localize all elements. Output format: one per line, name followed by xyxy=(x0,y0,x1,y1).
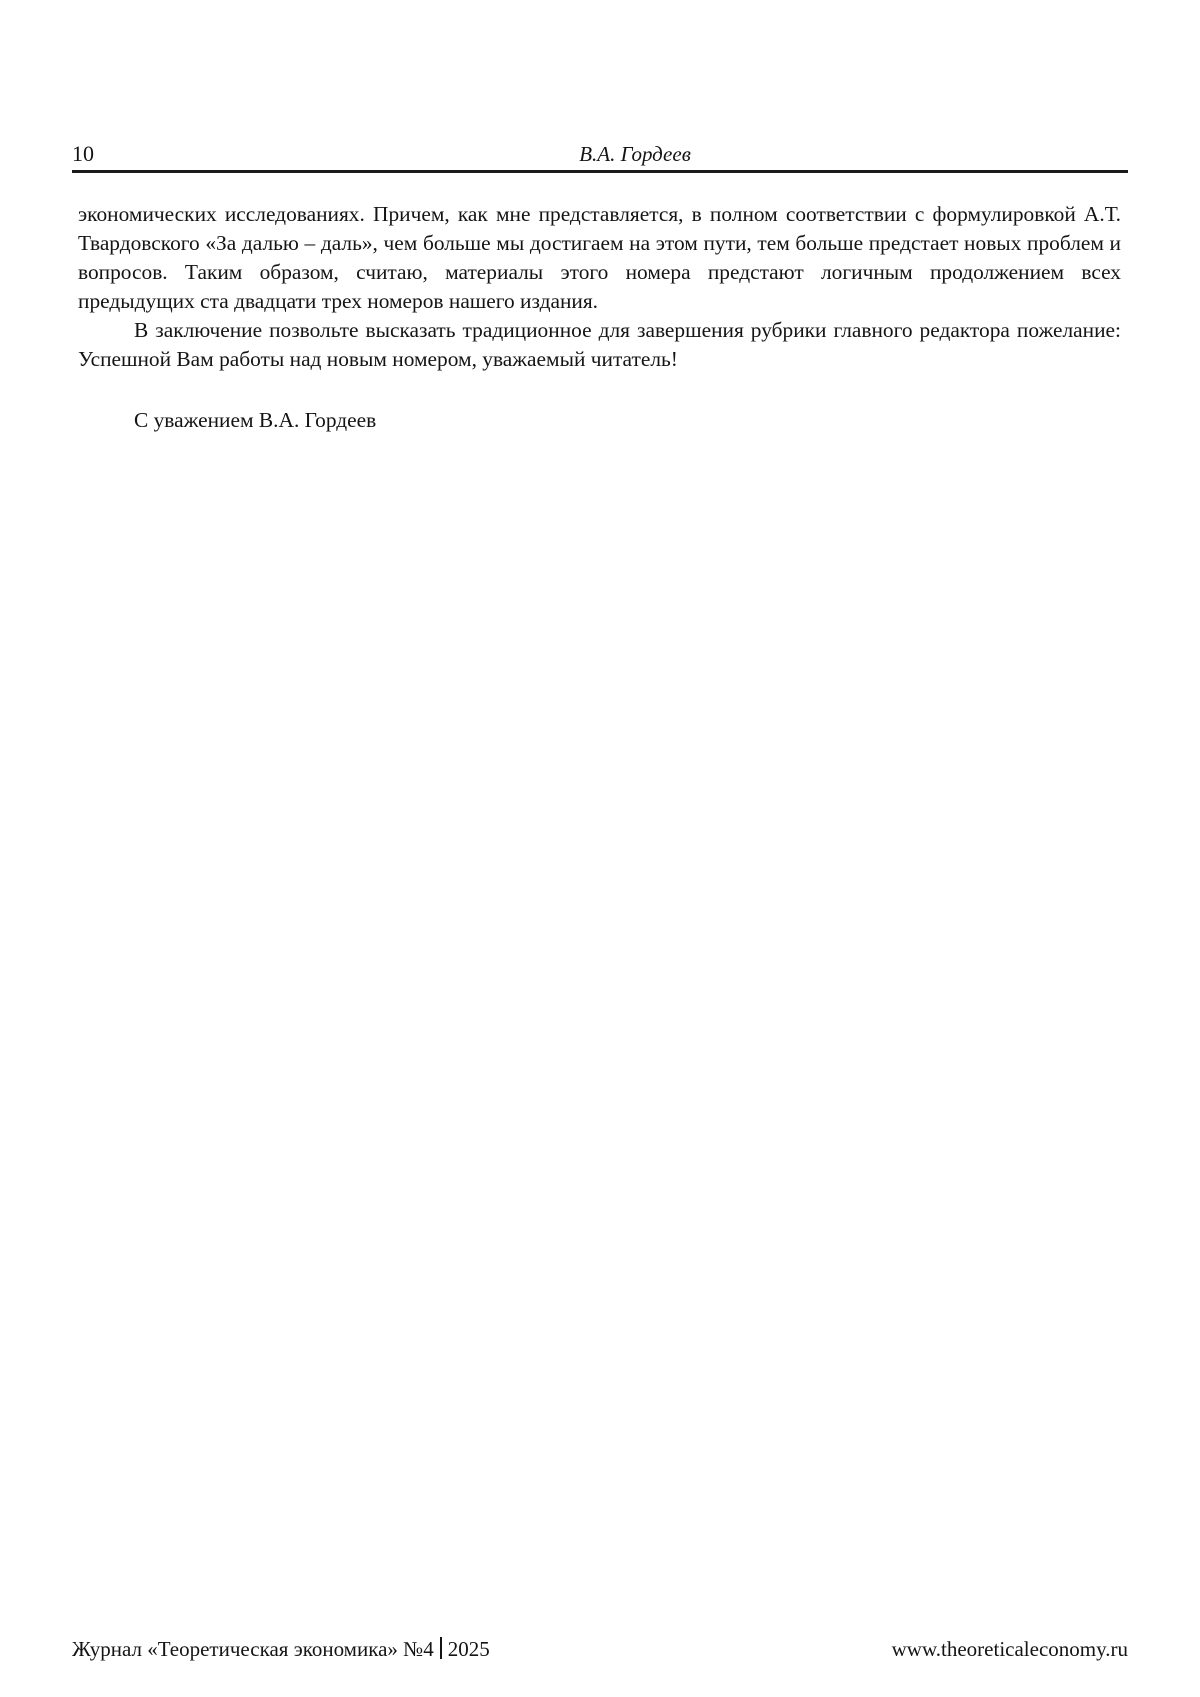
footer-year: 2025 xyxy=(448,1637,490,1661)
paragraph-continuation: экономических исследованиях. Причем, как… xyxy=(78,200,1121,316)
running-footer: Журнал «Теоретическая экономика» №42025 … xyxy=(72,1635,1128,1665)
paragraph-closing: В заключение позвольте высказать традици… xyxy=(78,316,1121,374)
running-header: 10 В.А. Гордеев xyxy=(72,140,1128,174)
footer-website-link[interactable]: www.theoreticaleconomy.ru xyxy=(892,1635,1128,1663)
footer-journal-title: Журнал «Теоретическая экономика» №4 xyxy=(72,1637,434,1661)
footer-journal-info: Журнал «Теоретическая экономика» №42025 xyxy=(72,1635,490,1663)
footer-separator xyxy=(440,1637,442,1659)
header-divider xyxy=(72,170,1128,173)
header-author: В.А. Гордеев xyxy=(72,140,1128,168)
article-body: экономических исследованиях. Причем, как… xyxy=(78,200,1121,374)
signature: С уважением В.А. Гордеев xyxy=(134,406,376,435)
